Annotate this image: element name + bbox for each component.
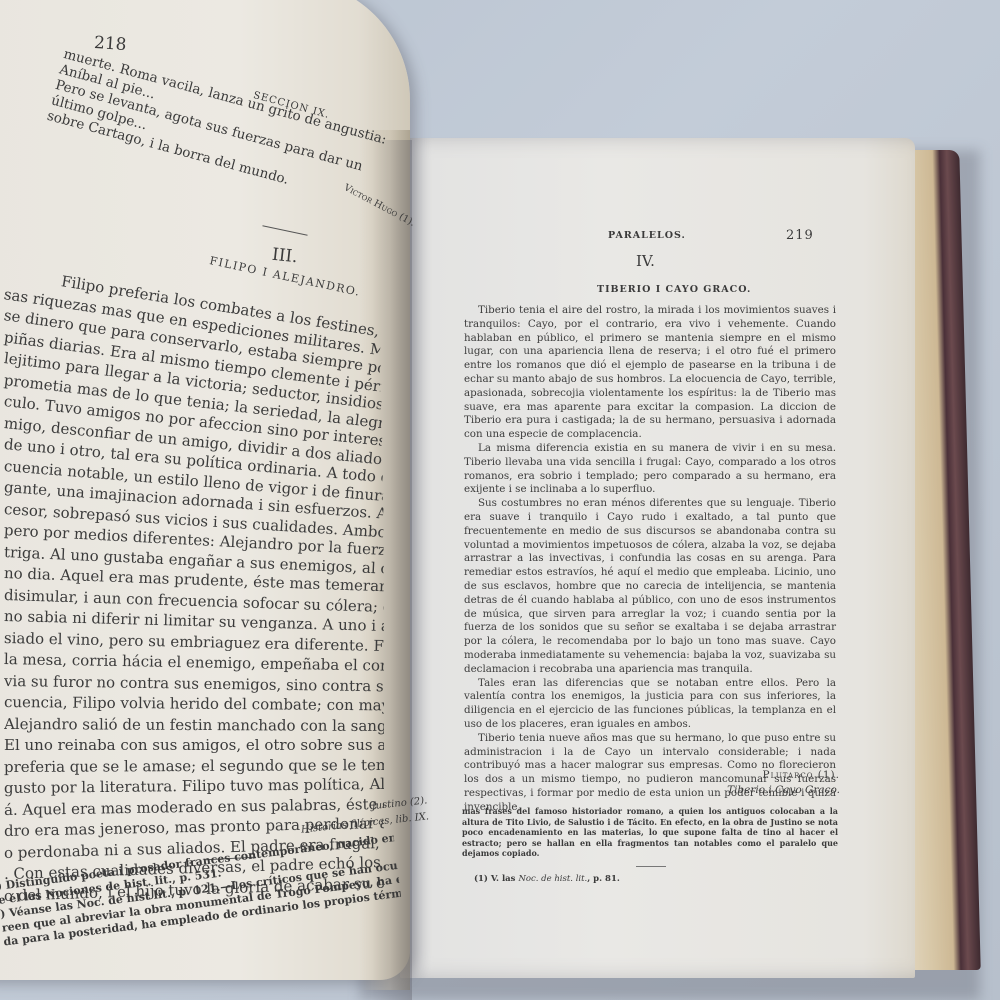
section-divider bbox=[262, 225, 307, 236]
text-line: Alejandro salió de un festin manchado co… bbox=[4, 714, 384, 737]
text-line: El uno reinaba con sus amigos, el otro s… bbox=[4, 735, 384, 757]
left-page-content: 218 SECCION IX. muerte. Roma vacila, lan… bbox=[0, 0, 1000, 1000]
left-page-number: 218 bbox=[93, 33, 127, 55]
text-line: cuencia, Filipo volvia herido del combat… bbox=[4, 692, 384, 717]
left-top-text: muerte. Roma vacila, lanza un grito de a… bbox=[45, 46, 394, 211]
